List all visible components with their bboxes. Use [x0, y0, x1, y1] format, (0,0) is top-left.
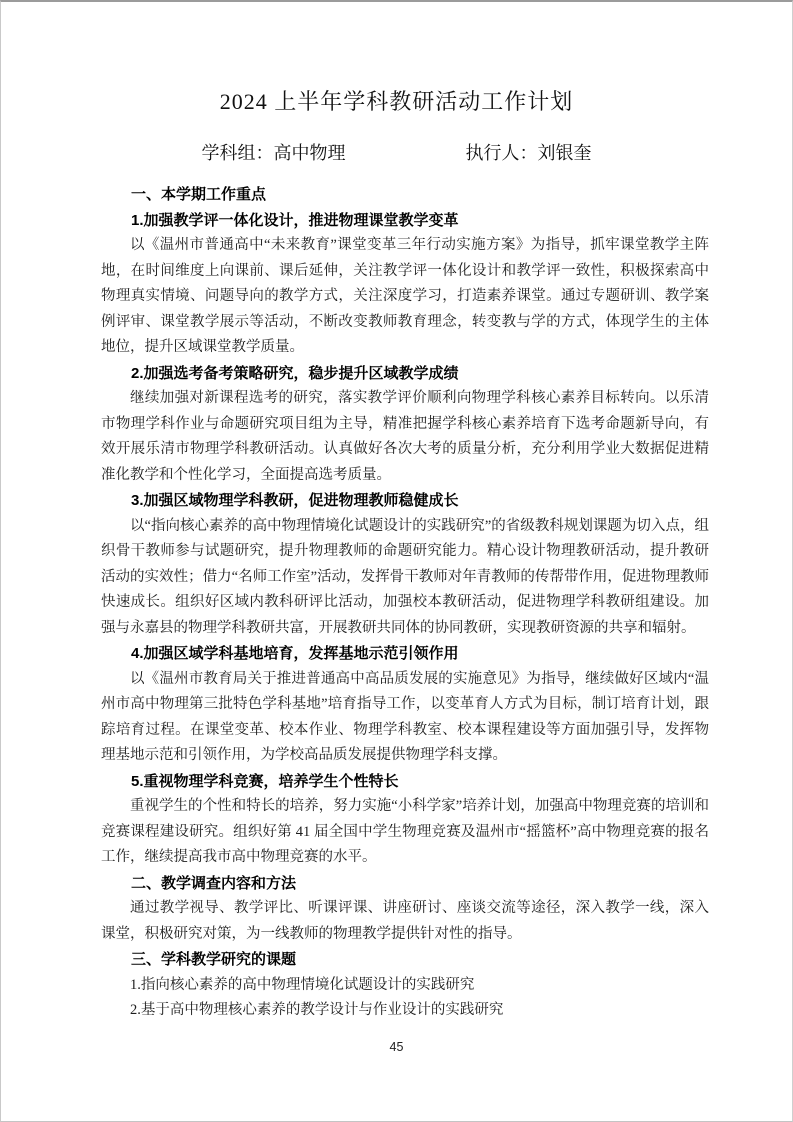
sub-heading: 2.加强选考备考策略研究，稳步提升区域教学成绩	[101, 361, 709, 387]
sub-heading: 3.加强区域物理学科教研，促进物理教师稳健成长	[101, 488, 709, 514]
list-line: 2.基于高中物理核心素养的教学设计与作业设计的实践研究	[101, 998, 709, 1024]
paragraph: 以《温州市普通高中“未来教育”课堂变革三年行动实施方案》为指导，抓牢课堂教学主阵…	[101, 233, 709, 361]
sub-heading: 5.重视物理学科竞赛，培养学生个性特长	[101, 769, 709, 795]
document-page: 2024 上半年学科教研活动工作计划 学科组：高中物理 执行人：刘银奎 一、本学…	[0, 0, 793, 1122]
section-heading: 二、教学调查内容和方法	[101, 871, 709, 897]
list-line: 1.指向核心素养的高中物理情境化试题设计的实践研究	[101, 973, 709, 999]
paragraph: 通过教学视导、教学评比、听课评课、讲座研讨、座谈交流等途径，深入教学一线，深入课…	[101, 896, 709, 947]
paragraph: 以《温州市教育局关于推进普通高中高品质发展的实施意见》为指导，继续做好区域内“温…	[101, 667, 709, 769]
executor-label: 执行人：刘银奎	[466, 140, 592, 166]
section-heading: 三、学科教学研究的课题	[101, 947, 709, 973]
meta-row: 学科组：高中物理 执行人：刘银奎	[1, 140, 792, 166]
section-heading: 一、本学期工作重点	[101, 182, 709, 208]
subject-group-label: 学科组：高中物理	[202, 140, 346, 166]
paragraph: 以“指向核心素养的高中物理情境化试题设计的实践研究”的省级教科规划课题为切入点，…	[101, 514, 709, 642]
sub-heading: 1.加强教学评一体化设计，推进物理课堂教学变革	[101, 208, 709, 234]
page-number: 45	[1, 1040, 792, 1054]
paragraph: 重视学生的个性和特长的培养，努力实施“小科学家”培养计划，加强高中物理竞赛的培训…	[101, 794, 709, 871]
document-body: 一、本学期工作重点1.加强教学评一体化设计，推进物理课堂教学变革以《温州市普通高…	[101, 182, 709, 1024]
document-title: 2024 上半年学科教研活动工作计划	[1, 2, 792, 118]
paragraph: 继续加强对新课程选考的研究，落实教学评价顺利向物理学科核心素养目标转向。以乐清市…	[101, 386, 709, 488]
sub-heading: 4.加强区域学科基地培育，发挥基地示范引领作用	[101, 641, 709, 667]
